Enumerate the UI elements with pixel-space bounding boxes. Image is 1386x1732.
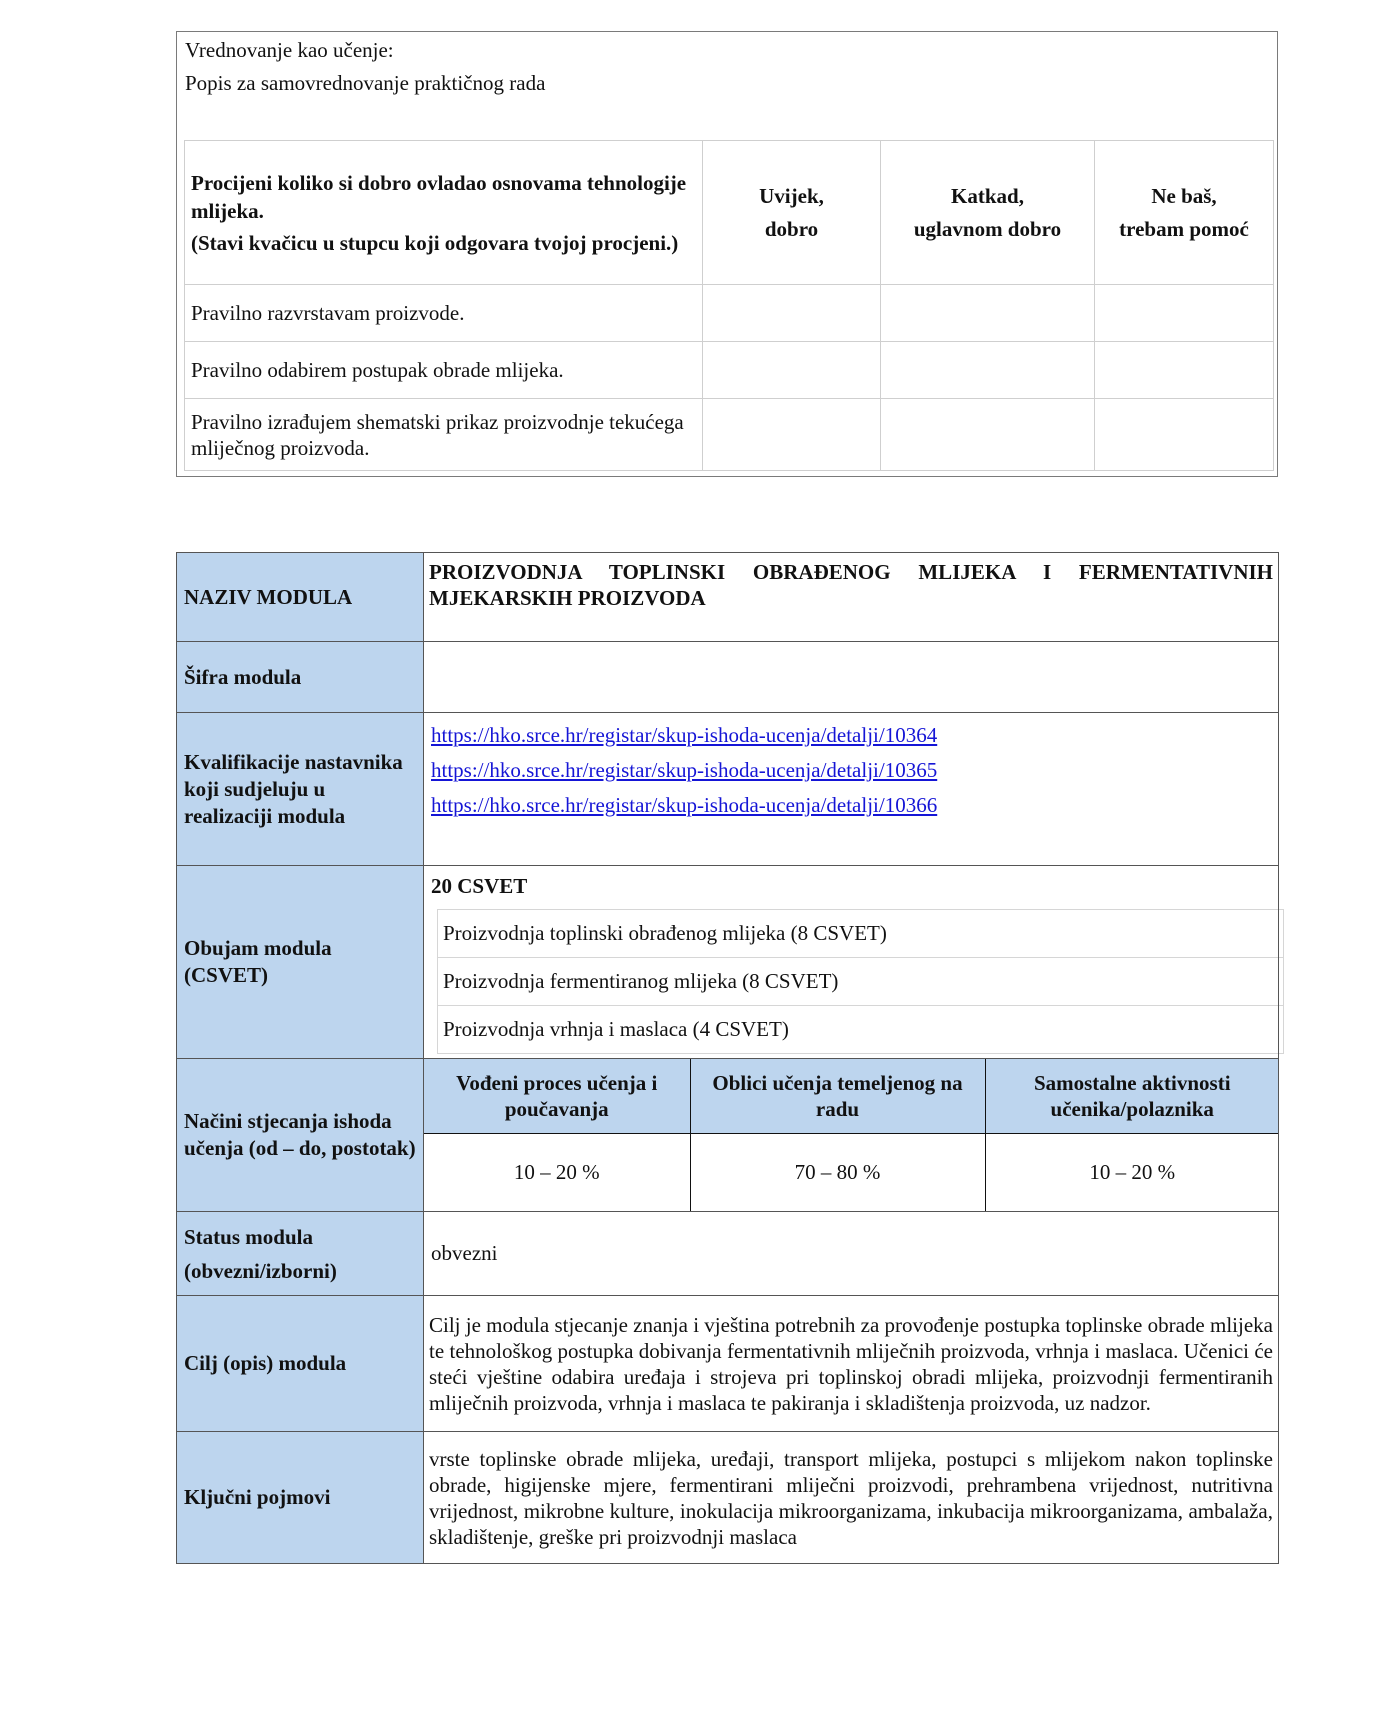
row-status: Status modula (obvezni/izborni) obvezni bbox=[177, 1212, 1279, 1296]
label-status: Status modula (obvezni/izborni) bbox=[177, 1212, 424, 1296]
qualification-link[interactable]: https://hko.srce.hr/registar/skup-ishoda… bbox=[431, 788, 1271, 823]
credits-breakdown-table: Proizvodnja toplinski obrađenog mlijeka … bbox=[437, 909, 1284, 1054]
statement-cell: Pravilno razvrstavam proizvode. bbox=[185, 285, 703, 342]
list-item: Proizvodnja toplinski obrađenog mlijeka … bbox=[438, 910, 1284, 958]
label-obujam: Obujam modula (CSVET) bbox=[177, 866, 424, 1059]
label-pojmovi: Ključni pojmovi bbox=[177, 1432, 424, 1564]
list-item: Proizvodnja fermentiranog mlijeka (8 CSV… bbox=[438, 958, 1284, 1006]
credit-part: Proizvodnja vrhnja i maslaca (4 CSVET) bbox=[438, 1006, 1284, 1054]
row-sifra: Šifra modula bbox=[177, 642, 1279, 713]
mode-header: Samostalne aktivnosti učenika/polaznika bbox=[985, 1059, 1279, 1134]
table-row: Pravilno razvrstavam proizvode. bbox=[185, 285, 1274, 342]
evaluation-heading: Vrednovanje kao učenje: bbox=[185, 37, 394, 63]
statement-cell: Pravilno odabirem postupak obrade mlijek… bbox=[185, 342, 703, 399]
qualification-link[interactable]: https://hko.srce.hr/registar/skup-ishoda… bbox=[431, 718, 1271, 753]
column-header-line: dobro bbox=[765, 217, 818, 241]
value-cilj: Cilj je modula stjecanje znanja i vješti… bbox=[424, 1296, 1279, 1432]
self-evaluation-table: Procijeni koliko si dobro ovladao osnova… bbox=[184, 140, 1274, 471]
label-nacini: Načini stjecanja ishoda učenja (od – do,… bbox=[177, 1059, 424, 1212]
table-row: Pravilno odabirem postupak obrade mlijek… bbox=[185, 342, 1274, 399]
credit-part: Proizvodnja fermentiranog mlijeka (8 CSV… bbox=[438, 958, 1284, 1006]
check-cell-need-help[interactable] bbox=[1095, 399, 1274, 471]
qualification-link[interactable]: https://hko.srce.hr/registar/skup-ishoda… bbox=[431, 753, 1271, 788]
column-header-always: Uvijek, dobro bbox=[703, 141, 881, 285]
column-header-line: Katkad, bbox=[951, 184, 1024, 208]
row-nacini: Načini stjecanja ishoda učenja (od – do,… bbox=[177, 1059, 1279, 1212]
column-header-need-help: Ne baš, trebam pomoć bbox=[1095, 141, 1274, 285]
check-cell-always[interactable] bbox=[703, 342, 881, 399]
learning-modes-header: Vođeni proces učenja i poučavanja Oblici… bbox=[424, 1059, 1279, 1134]
column-header-line: uglavnom dobro bbox=[914, 217, 1061, 241]
learning-modes-table: Vođeni proces učenja i poučavanja Oblici… bbox=[424, 1059, 1279, 1211]
learning-modes-values: 10 – 20 % 70 – 80 % 10 – 20 % bbox=[424, 1134, 1279, 1212]
row-obujam: Obujam modula (CSVET) 20 CSVET Proizvodn… bbox=[177, 866, 1279, 1059]
value-sifra bbox=[424, 642, 1279, 713]
value-status: obvezni bbox=[424, 1212, 1279, 1296]
label-cilj: Cilj (opis) modula bbox=[177, 1296, 424, 1432]
total-credits: 20 CSVET bbox=[431, 871, 1271, 901]
table-header-row: Procijeni koliko si dobro ovladao osnova… bbox=[185, 141, 1274, 285]
label-sifra: Šifra modula bbox=[177, 642, 424, 713]
row-naziv: NAZIV MODULA PROIZVODNJA TOPLINSKI OBRAĐ… bbox=[177, 553, 1279, 642]
row-pojmovi: Ključni pojmovi vrste toplinske obrade m… bbox=[177, 1432, 1279, 1564]
value-kvalifikacije: https://hko.srce.hr/registar/skup-ishoda… bbox=[424, 713, 1279, 866]
column-header-line: Ne baš, bbox=[1151, 184, 1216, 208]
value-pojmovi: vrste toplinske obrade mlijeka, uređaji,… bbox=[424, 1432, 1279, 1564]
value-nacini: Vođeni proces učenja i poučavanja Oblici… bbox=[424, 1059, 1279, 1212]
module-title-line-2: MJEKARSKIH PROIZVODA bbox=[429, 585, 1273, 611]
question-header: Procijeni koliko si dobro ovladao osnova… bbox=[185, 141, 703, 285]
self-evaluation-box: Vrednovanje kao učenje: Popis za samovre… bbox=[176, 31, 1278, 477]
row-kvalifikacije: Kvalifikacije nastavnika koji sudjeluju … bbox=[177, 713, 1279, 866]
module-title-line-1: PROIZVODNJA TOPLINSKI OBRAĐENOG MLIJEKA … bbox=[429, 559, 1273, 585]
evaluation-subheading: Popis za samovrednovanje praktičnog rada bbox=[185, 70, 545, 96]
mode-value: 70 – 80 % bbox=[690, 1134, 985, 1212]
mode-header: Oblici učenja temeljenog na radu bbox=[690, 1059, 985, 1134]
mode-header: Vođeni proces učenja i poučavanja bbox=[424, 1059, 690, 1134]
mode-value: 10 – 20 % bbox=[424, 1134, 690, 1212]
table-row: Pravilno izrađujem shematski prikaz proi… bbox=[185, 399, 1274, 471]
check-cell-need-help[interactable] bbox=[1095, 285, 1274, 342]
question-header-instruction: (Stavi kvačicu u stupcu koji odgovara tv… bbox=[191, 229, 696, 257]
credit-part: Proizvodnja toplinski obrađenog mlijeka … bbox=[438, 910, 1284, 958]
module-table: NAZIV MODULA PROIZVODNJA TOPLINSKI OBRAĐ… bbox=[176, 552, 1279, 1564]
column-header-sometimes: Katkad, uglavnom dobro bbox=[881, 141, 1095, 285]
check-cell-always[interactable] bbox=[703, 399, 881, 471]
check-cell-sometimes[interactable] bbox=[881, 399, 1095, 471]
question-header-main: Procijeni koliko si dobro ovladao osnova… bbox=[191, 171, 686, 223]
check-cell-need-help[interactable] bbox=[1095, 342, 1274, 399]
check-cell-sometimes[interactable] bbox=[881, 285, 1095, 342]
label-naziv: NAZIV MODULA bbox=[177, 553, 424, 642]
column-header-line: Uvijek, bbox=[759, 184, 824, 208]
value-naziv: PROIZVODNJA TOPLINSKI OBRAĐENOG MLIJEKA … bbox=[424, 553, 1279, 642]
mode-value: 10 – 20 % bbox=[985, 1134, 1279, 1212]
label-kvalifikacije: Kvalifikacije nastavnika koji sudjeluju … bbox=[177, 713, 424, 866]
check-cell-always[interactable] bbox=[703, 285, 881, 342]
statement-cell: Pravilno izrađujem shematski prikaz proi… bbox=[185, 399, 703, 471]
row-cilj: Cilj (opis) modula Cilj je modula stjeca… bbox=[177, 1296, 1279, 1432]
column-header-line: trebam pomoć bbox=[1119, 217, 1249, 241]
value-obujam: 20 CSVET Proizvodnja toplinski obrađenog… bbox=[424, 866, 1279, 1059]
check-cell-sometimes[interactable] bbox=[881, 342, 1095, 399]
list-item: Proizvodnja vrhnja i maslaca (4 CSVET) bbox=[438, 1006, 1284, 1054]
